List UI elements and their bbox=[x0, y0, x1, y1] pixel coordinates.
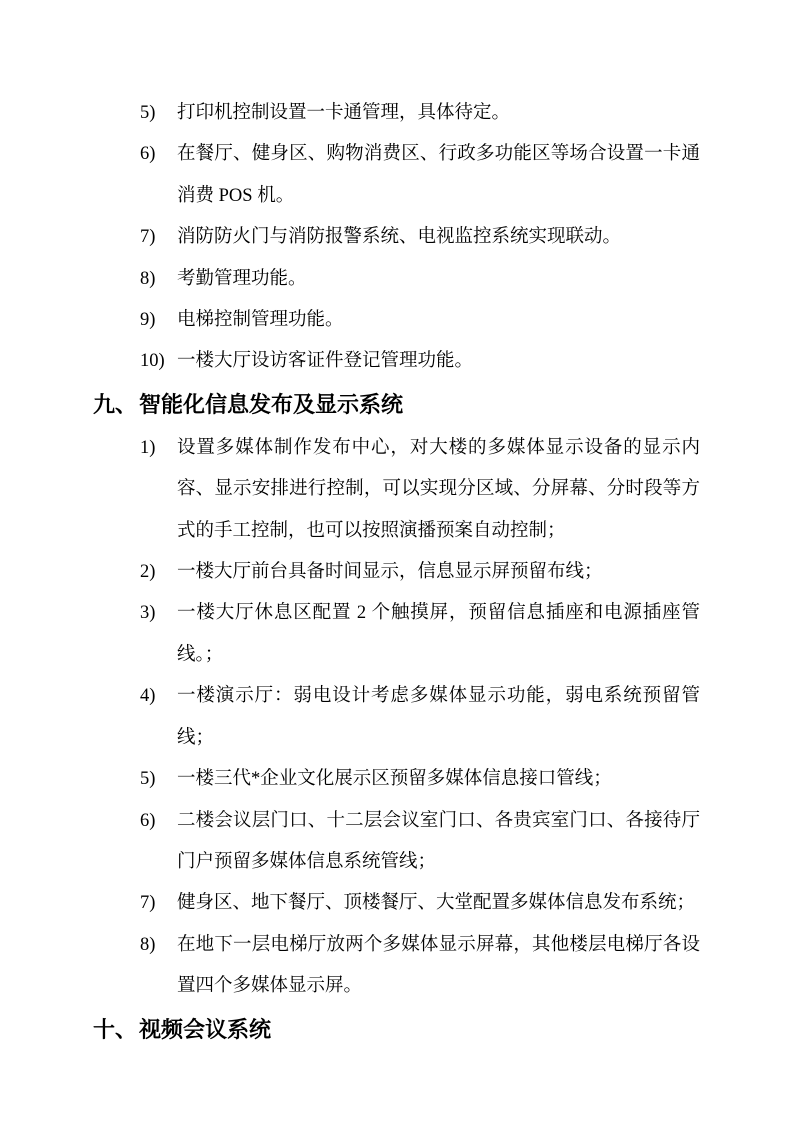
list-item-text: 一楼大厅休息区配置 2 个触摸屏，预留信息插座和电源插座管线。； bbox=[177, 593, 700, 676]
heading-title: 视频会议系统 bbox=[139, 1008, 700, 1052]
heading-title: 智能化信息发布及显示系统 bbox=[139, 383, 700, 427]
list-item: 4) 一楼演示厅：弱电设计考虑多媒体显示功能，弱电系统预留管线； bbox=[140, 676, 700, 759]
list-item-text: 一楼大厅设访客证件登记管理功能。 bbox=[177, 341, 700, 382]
list-item: 2) 一楼大厅前台具备时间显示，信息显示屏预留布线； bbox=[140, 552, 700, 593]
list-item-number: 4) bbox=[140, 676, 177, 759]
list-item-text: 设置多媒体制作发布中心，对大楼的多媒体显示设备的显示内容、显示安排进行控制，可以… bbox=[177, 428, 700, 552]
list-item-text: 在地下一层电梯厅放两个多媒体显示屏幕，其他楼层电梯厅各设置四个多媒体显示屏。 bbox=[177, 925, 700, 1008]
list-item: 6) 在餐厅、健身区、购物消费区、行政多功能区等场合设置一卡通消费 POS 机。 bbox=[140, 134, 700, 217]
list-item-text: 电梯控制管理功能。 bbox=[177, 300, 700, 341]
list-item-number: 6) bbox=[140, 134, 177, 217]
list-item-text: 一楼大厅前台具备时间显示，信息显示屏预留布线； bbox=[177, 552, 700, 593]
list-item-number: 2) bbox=[140, 552, 177, 593]
list-item: 5) 一楼三代*企业文化展示区预留多媒体信息接口管线； bbox=[140, 759, 700, 800]
list-item-number: 3) bbox=[140, 593, 177, 676]
list-item-number: 7) bbox=[140, 217, 177, 258]
section-heading-ten: 十、 视频会议系统 bbox=[93, 1008, 700, 1052]
list-item-number: 5) bbox=[140, 759, 177, 800]
list-item-text: 一楼演示厅：弱电设计考虑多媒体显示功能，弱电系统预留管线； bbox=[177, 676, 700, 759]
list-item-text: 消防防火门与消防报警系统、电视监控系统实现联动。 bbox=[177, 217, 700, 258]
list-item-text: 健身区、地下餐厅、顶楼餐厅、大堂配置多媒体信息发布系统； bbox=[177, 883, 700, 924]
list-item-text: 在餐厅、健身区、购物消费区、行政多功能区等场合设置一卡通消费 POS 机。 bbox=[177, 134, 700, 217]
list-item-text: 二楼会议层门口、十二层会议室门口、各贵宾室门口、各接待厅门户预留多媒体信息系统管… bbox=[177, 801, 700, 884]
list-item-number: 5) bbox=[140, 93, 177, 134]
heading-number: 十、 bbox=[93, 1008, 139, 1052]
list-item-number: 8) bbox=[140, 925, 177, 1008]
list-item: 7) 健身区、地下餐厅、顶楼餐厅、大堂配置多媒体信息发布系统； bbox=[140, 883, 700, 924]
numbered-list-info-display: 1) 设置多媒体制作发布中心，对大楼的多媒体显示设备的显示内容、显示安排进行控制… bbox=[0, 428, 793, 1008]
list-item-number: 8) bbox=[140, 259, 177, 300]
list-item-number: 1) bbox=[140, 428, 177, 552]
list-item: 6) 二楼会议层门口、十二层会议室门口、各贵宾室门口、各接待厅门户预留多媒体信息… bbox=[140, 801, 700, 884]
list-item: 10) 一楼大厅设访客证件登记管理功能。 bbox=[140, 341, 700, 382]
list-item: 7) 消防防火门与消防报警系统、电视监控系统实现联动。 bbox=[140, 217, 700, 258]
list-item-text: 一楼三代*企业文化展示区预留多媒体信息接口管线； bbox=[177, 759, 700, 800]
list-item: 5) 打印机控制设置一卡通管理，具体待定。 bbox=[140, 93, 700, 134]
list-item-text: 打印机控制设置一卡通管理，具体待定。 bbox=[177, 93, 700, 134]
list-item-text: 考勤管理功能。 bbox=[177, 259, 700, 300]
list-item: 8) 在地下一层电梯厅放两个多媒体显示屏幕，其他楼层电梯厅各设置四个多媒体显示屏… bbox=[140, 925, 700, 1008]
list-item-number: 6) bbox=[140, 801, 177, 884]
heading-number: 九、 bbox=[93, 383, 139, 427]
list-item: 3) 一楼大厅休息区配置 2 个触摸屏，预留信息插座和电源插座管线。； bbox=[140, 593, 700, 676]
list-item-number: 7) bbox=[140, 883, 177, 924]
list-item: 9) 电梯控制管理功能。 bbox=[140, 300, 700, 341]
section-heading-nine: 九、 智能化信息发布及显示系统 bbox=[93, 383, 700, 427]
list-item-number: 10) bbox=[140, 341, 177, 382]
numbered-list-access-control: 5) 打印机控制设置一卡通管理，具体待定。 6) 在餐厅、健身区、购物消费区、行… bbox=[0, 93, 793, 383]
list-item: 1) 设置多媒体制作发布中心，对大楼的多媒体显示设备的显示内容、显示安排进行控制… bbox=[140, 428, 700, 552]
document-page: 5) 打印机控制设置一卡通管理，具体待定。 6) 在餐厅、健身区、购物消费区、行… bbox=[0, 0, 793, 1122]
list-item: 8) 考勤管理功能。 bbox=[140, 259, 700, 300]
list-item-number: 9) bbox=[140, 300, 177, 341]
